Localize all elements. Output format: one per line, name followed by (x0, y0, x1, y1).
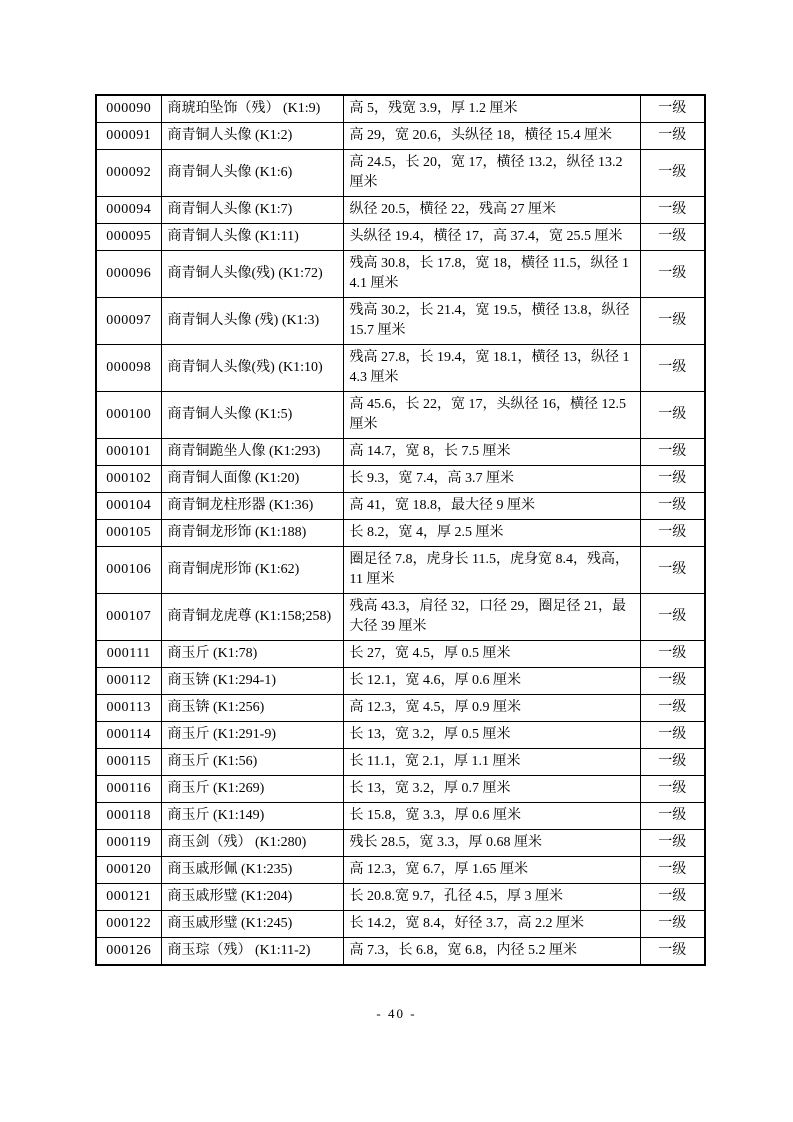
cell-grade: 一级 (640, 298, 705, 345)
cell-artifact-name: 商玉琮（残） (K1:11-2) (161, 938, 343, 966)
cell-artifact-name: 商青铜龙虎尊 (K1:158;258) (161, 594, 343, 641)
cell-artifact-id: 000120 (96, 857, 161, 884)
cell-artifact-name: 商玉剑（残） (K1:280) (161, 830, 343, 857)
cell-grade: 一级 (640, 776, 705, 803)
table-row: 000096 商青铜人头像(残) (K1:72) 残高 30.8，长 17.8，… (96, 251, 705, 298)
cell-dimensions: 高 7.3，长 6.8，宽 6.8，内径 5.2 厘米 (343, 938, 640, 966)
cell-artifact-name: 商玉斤 (K1:149) (161, 803, 343, 830)
cell-artifact-id: 000113 (96, 695, 161, 722)
cell-dimensions: 头纵径 19.4，横径 17，高 37.4，宽 25.5 厘米 (343, 224, 640, 251)
cell-grade: 一级 (640, 493, 705, 520)
table-row: 000102 商青铜人面像 (K1:20) 长 9.3，宽 7.4，高 3.7 … (96, 466, 705, 493)
cell-artifact-name: 商玉戚形佩 (K1:235) (161, 857, 343, 884)
cell-artifact-id: 000112 (96, 668, 161, 695)
cell-artifact-name: 商琥珀坠饰（残） (K1:9) (161, 95, 343, 123)
cell-artifact-id: 000094 (96, 197, 161, 224)
cell-artifact-id: 000106 (96, 547, 161, 594)
table-row: 000126 商玉琮（残） (K1:11-2) 高 7.3，长 6.8，宽 6.… (96, 938, 705, 966)
table-row: 000101 商青铜跪坐人像 (K1:293) 高 14.7，宽 8，长 7.5… (96, 439, 705, 466)
table-row: 000092 商青铜人头像 (K1:6) 高 24.5，长 20，宽 17，横径… (96, 150, 705, 197)
cell-artifact-id: 000121 (96, 884, 161, 911)
cell-grade: 一级 (640, 345, 705, 392)
cell-artifact-name: 商玉斤 (K1:56) (161, 749, 343, 776)
cell-dimensions: 高 14.7，宽 8，长 7.5 厘米 (343, 439, 640, 466)
cell-grade: 一级 (640, 594, 705, 641)
cell-dimensions: 长 13，宽 3.2，厚 0.7 厘米 (343, 776, 640, 803)
cell-artifact-name: 商青铜人头像 (K1:6) (161, 150, 343, 197)
cell-artifact-name: 商玉锛 (K1:256) (161, 695, 343, 722)
cell-artifact-id: 000100 (96, 392, 161, 439)
cell-artifact-name: 商玉斤 (K1:78) (161, 641, 343, 668)
cell-grade: 一级 (640, 197, 705, 224)
table-row: 000100 商青铜人头像 (K1:5) 高 45.6，长 22，宽 17，头纵… (96, 392, 705, 439)
cell-artifact-id: 000116 (96, 776, 161, 803)
cell-dimensions: 长 20.8.宽 9.7，孔径 4.5，厚 3 厘米 (343, 884, 640, 911)
cell-dimensions: 残高 30.8，长 17.8，宽 18，横径 11.5，纵径 14.1 厘米 (343, 251, 640, 298)
cell-artifact-name: 商青铜龙柱形器 (K1:36) (161, 493, 343, 520)
table-row: 000111 商玉斤 (K1:78) 长 27，宽 4.5，厚 0.5 厘米 一… (96, 641, 705, 668)
cell-grade: 一级 (640, 95, 705, 123)
cell-dimensions: 残高 43.3，肩径 32，口径 29，圈足径 21，最大径 39 厘米 (343, 594, 640, 641)
cell-grade: 一级 (640, 392, 705, 439)
cell-grade: 一级 (640, 830, 705, 857)
cell-artifact-id: 000097 (96, 298, 161, 345)
cell-dimensions: 残高 27.8，长 19.4，宽 18.1，横径 13，纵径 14.3 厘米 (343, 345, 640, 392)
cell-artifact-name: 商玉斤 (K1:269) (161, 776, 343, 803)
relics-table-body: 000090 商琥珀坠饰（残） (K1:9) 高 5，残宽 3.9，厚 1.2 … (96, 95, 705, 965)
cell-artifact-id: 000111 (96, 641, 161, 668)
cell-artifact-id: 000115 (96, 749, 161, 776)
page-number: - 40 - (0, 1006, 793, 1022)
cell-grade: 一级 (640, 857, 705, 884)
cell-artifact-id: 000114 (96, 722, 161, 749)
cell-grade: 一级 (640, 884, 705, 911)
cell-dimensions: 高 41，宽 18.8，最大径 9 厘米 (343, 493, 640, 520)
cell-grade: 一级 (640, 150, 705, 197)
table-row: 000104 商青铜龙柱形器 (K1:36) 高 41，宽 18.8，最大径 9… (96, 493, 705, 520)
cell-grade: 一级 (640, 668, 705, 695)
cell-artifact-id: 000098 (96, 345, 161, 392)
table-row: 000090 商琥珀坠饰（残） (K1:9) 高 5，残宽 3.9，厚 1.2 … (96, 95, 705, 123)
cell-grade: 一级 (640, 547, 705, 594)
relics-table: 000090 商琥珀坠饰（残） (K1:9) 高 5，残宽 3.9，厚 1.2 … (95, 94, 706, 966)
cell-artifact-name: 商青铜虎形饰 (K1:62) (161, 547, 343, 594)
table-row: 000113 商玉锛 (K1:256) 高 12.3，宽 4.5，厚 0.9 厘… (96, 695, 705, 722)
cell-grade: 一级 (640, 722, 705, 749)
document-page: 000090 商琥珀坠饰（残） (K1:9) 高 5，残宽 3.9，厚 1.2 … (0, 0, 793, 1122)
table-row: 000122 商玉戚形璧 (K1:245) 长 14.2，宽 8.4，好径 3.… (96, 911, 705, 938)
cell-dimensions: 高 29，宽 20.6，头纵径 18，横径 15.4 厘米 (343, 123, 640, 150)
cell-dimensions: 长 12.1，宽 4.6，厚 0.6 厘米 (343, 668, 640, 695)
cell-artifact-name: 商青铜人头像 (K1:2) (161, 123, 343, 150)
cell-dimensions: 高 12.3，宽 4.5，厚 0.9 厘米 (343, 695, 640, 722)
cell-dimensions: 残长 28.5，宽 3.3，厚 0.68 厘米 (343, 830, 640, 857)
cell-artifact-name: 商玉戚形璧 (K1:245) (161, 911, 343, 938)
cell-artifact-name: 商青铜人头像 (K1:5) (161, 392, 343, 439)
cell-artifact-id: 000105 (96, 520, 161, 547)
table-row: 000118 商玉斤 (K1:149) 长 15.8，宽 3.3，厚 0.6 厘… (96, 803, 705, 830)
cell-artifact-id: 000107 (96, 594, 161, 641)
cell-dimensions: 高 12.3，宽 6.7，厚 1.65 厘米 (343, 857, 640, 884)
cell-dimensions: 长 15.8，宽 3.3，厚 0.6 厘米 (343, 803, 640, 830)
cell-grade: 一级 (640, 224, 705, 251)
cell-artifact-name: 商青铜人面像 (K1:20) (161, 466, 343, 493)
table-row: 000094 商青铜人头像 (K1:7) 纵径 20.5，横径 22，残高 27… (96, 197, 705, 224)
cell-artifact-name: 商玉锛 (K1:294-1) (161, 668, 343, 695)
cell-dimensions: 长 8.2，宽 4，厚 2.5 厘米 (343, 520, 640, 547)
cell-dimensions: 高 45.6，长 22，宽 17，头纵径 16，横径 12.5 厘米 (343, 392, 640, 439)
cell-grade: 一级 (640, 938, 705, 966)
cell-dimensions: 长 13，宽 3.2，厚 0.5 厘米 (343, 722, 640, 749)
cell-dimensions: 高 24.5，长 20，宽 17，横径 13.2，纵径 13.2 厘米 (343, 150, 640, 197)
cell-artifact-id: 000118 (96, 803, 161, 830)
table-row: 000120 商玉戚形佩 (K1:235) 高 12.3，宽 6.7，厚 1.6… (96, 857, 705, 884)
cell-artifact-id: 000119 (96, 830, 161, 857)
cell-grade: 一级 (640, 439, 705, 466)
cell-artifact-name: 商青铜龙形饰 (K1:188) (161, 520, 343, 547)
table-row: 000119 商玉剑（残） (K1:280) 残长 28.5，宽 3.3，厚 0… (96, 830, 705, 857)
cell-grade: 一级 (640, 520, 705, 547)
cell-dimensions: 圈足径 7.8，虎身长 11.5，虎身宽 8.4，残高，11 厘米 (343, 547, 640, 594)
cell-dimensions: 长 14.2，宽 8.4，好径 3.7，高 2.2 厘米 (343, 911, 640, 938)
cell-dimensions: 长 9.3，宽 7.4，高 3.7 厘米 (343, 466, 640, 493)
table-row: 000098 商青铜人头像(残) (K1:10) 残高 27.8，长 19.4，… (96, 345, 705, 392)
cell-artifact-name: 商青铜人头像(残) (K1:72) (161, 251, 343, 298)
cell-artifact-id: 000096 (96, 251, 161, 298)
cell-artifact-id: 000102 (96, 466, 161, 493)
cell-artifact-name: 商青铜人头像 (K1:7) (161, 197, 343, 224)
cell-grade: 一级 (640, 641, 705, 668)
table-row: 000112 商玉锛 (K1:294-1) 长 12.1，宽 4.6，厚 0.6… (96, 668, 705, 695)
cell-grade: 一级 (640, 911, 705, 938)
table-row: 000107 商青铜龙虎尊 (K1:158;258) 残高 43.3，肩径 32… (96, 594, 705, 641)
table-row: 000097 商青铜人头像 (残) (K1:3) 残高 30.2，长 21.4，… (96, 298, 705, 345)
table-row: 000106 商青铜虎形饰 (K1:62) 圈足径 7.8，虎身长 11.5，虎… (96, 547, 705, 594)
cell-grade: 一级 (640, 466, 705, 493)
cell-artifact-id: 000092 (96, 150, 161, 197)
cell-artifact-id: 000095 (96, 224, 161, 251)
cell-dimensions: 长 27，宽 4.5，厚 0.5 厘米 (343, 641, 640, 668)
table-row: 000115 商玉斤 (K1:56) 长 11.1，宽 2.1，厚 1.1 厘米… (96, 749, 705, 776)
cell-artifact-id: 000104 (96, 493, 161, 520)
cell-artifact-name: 商玉斤 (K1:291-9) (161, 722, 343, 749)
table-row: 000121 商玉戚形璧 (K1:204) 长 20.8.宽 9.7，孔径 4.… (96, 884, 705, 911)
cell-artifact-name: 商玉戚形璧 (K1:204) (161, 884, 343, 911)
cell-grade: 一级 (640, 123, 705, 150)
table-row: 000114 商玉斤 (K1:291-9) 长 13，宽 3.2，厚 0.5 厘… (96, 722, 705, 749)
cell-artifact-id: 000090 (96, 95, 161, 123)
cell-artifact-name: 商青铜人头像 (残) (K1:3) (161, 298, 343, 345)
cell-dimensions: 高 5，残宽 3.9，厚 1.2 厘米 (343, 95, 640, 123)
cell-artifact-id: 000101 (96, 439, 161, 466)
cell-artifact-id: 000122 (96, 911, 161, 938)
cell-artifact-name: 商青铜跪坐人像 (K1:293) (161, 439, 343, 466)
table-row: 000095 商青铜人头像 (K1:11) 头纵径 19.4，横径 17，高 3… (96, 224, 705, 251)
cell-dimensions: 残高 30.2，长 21.4，宽 19.5，横径 13.8，纵径 15.7 厘米 (343, 298, 640, 345)
cell-dimensions: 纵径 20.5，横径 22，残高 27 厘米 (343, 197, 640, 224)
cell-grade: 一级 (640, 803, 705, 830)
cell-artifact-id: 000126 (96, 938, 161, 966)
cell-artifact-name: 商青铜人头像(残) (K1:10) (161, 345, 343, 392)
cell-grade: 一级 (640, 749, 705, 776)
cell-artifact-name: 商青铜人头像 (K1:11) (161, 224, 343, 251)
table-row: 000091 商青铜人头像 (K1:2) 高 29，宽 20.6，头纵径 18，… (96, 123, 705, 150)
cell-grade: 一级 (640, 251, 705, 298)
cell-dimensions: 长 11.1，宽 2.1，厚 1.1 厘米 (343, 749, 640, 776)
table-row: 000116 商玉斤 (K1:269) 长 13，宽 3.2，厚 0.7 厘米 … (96, 776, 705, 803)
cell-grade: 一级 (640, 695, 705, 722)
cell-artifact-id: 000091 (96, 123, 161, 150)
table-row: 000105 商青铜龙形饰 (K1:188) 长 8.2，宽 4，厚 2.5 厘… (96, 520, 705, 547)
